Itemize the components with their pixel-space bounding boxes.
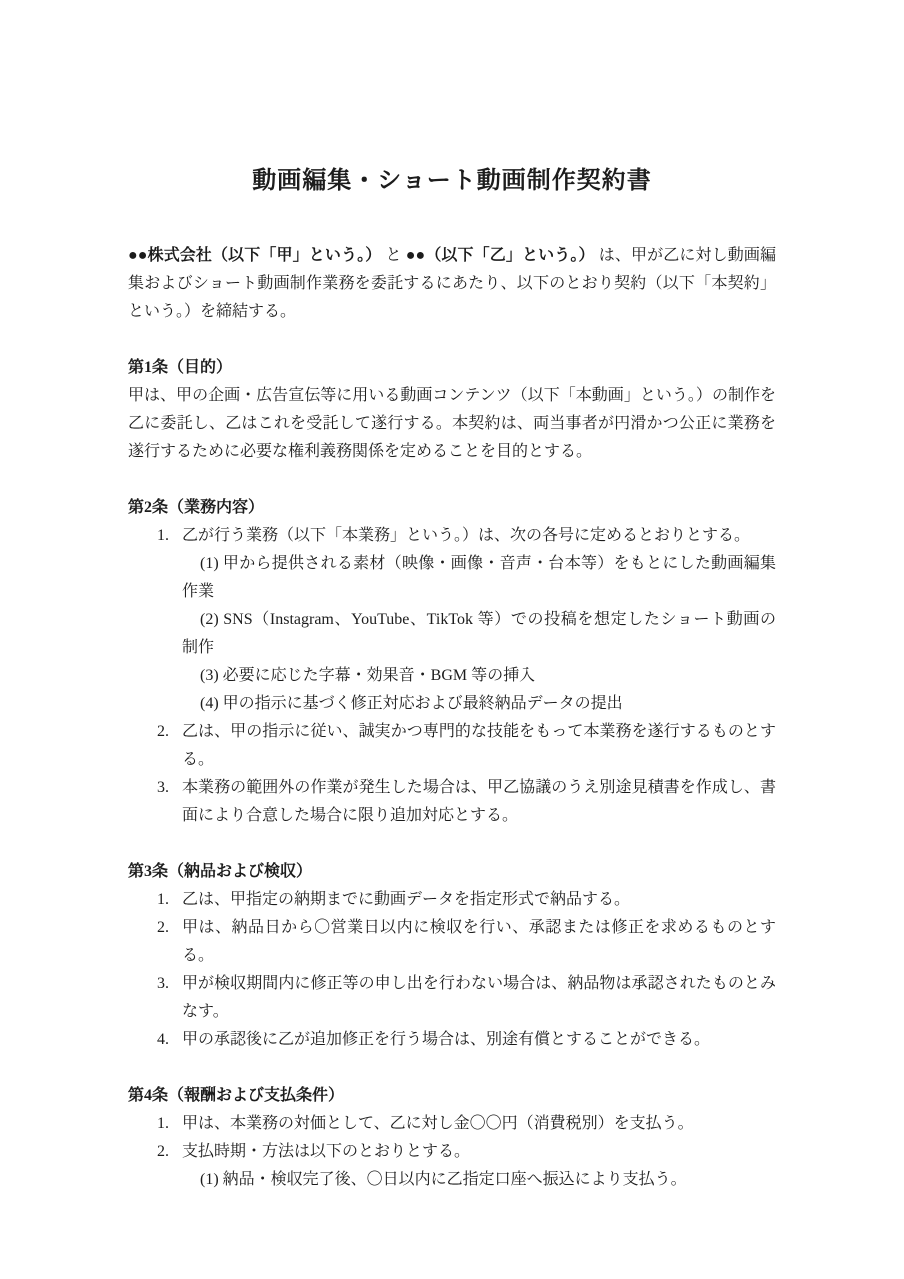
sub-list-item: (2) SNS（Instagram、YouTube、TikTok 等）での投稿を… xyxy=(128,606,776,662)
article-2-scope-of-work: 第2条（業務内容） 1. 乙が行う業務（以下「本業務」という。）は、次の各号に定… xyxy=(128,494,776,830)
list-item-text: 乙が行う業務（以下「本業務」という。）は、次の各号に定めるとおりとする。 xyxy=(182,527,750,544)
document-title: 動画編集・ショート動画制作契約書 xyxy=(128,166,776,196)
list-item-text: 甲は、本業務の対価として、乙に対し金〇〇円（消費税別）を支払う。 xyxy=(182,1115,694,1132)
intro-connector: と xyxy=(381,247,405,264)
list-item: 2. 甲は、納品日から〇営業日以内に検収を行い、承認または修正を求めるものとする… xyxy=(128,914,776,970)
list-item-text: 支払時期・方法は以下のとおりとする。 xyxy=(182,1143,470,1160)
intro-paragraph: ●●株式会社（以下「甲」という。） と ●●（以下「乙」という。） は、甲が乙に… xyxy=(128,242,776,326)
article-1-purpose: 第1条（目的） 甲は、甲の企画・広告宣伝等に用いる動画コンテンツ（以下「本動画」… xyxy=(128,354,776,466)
list-item: 4. 甲の承認後に乙が追加修正を行う場合は、別途有償とすることができる。 xyxy=(128,1026,776,1054)
sub-list-item: (1) 納品・検収完了後、〇日以内に乙指定口座へ振込により支払う。 xyxy=(128,1166,776,1194)
contract-document-page: 動画編集・ショート動画制作契約書 ●●株式会社（以下「甲」という。） と ●●（… xyxy=(0,0,904,1279)
sub-list-item: (1) 甲から提供される素材（映像・画像・音声・台本等）をもとにした動画編集作業 xyxy=(128,550,776,606)
list-item-text: 甲が検収期間内に修正等の申し出を行わない場合は、納品物は承認されたものとみなす。 xyxy=(182,975,776,1020)
party-a-name: ●●株式会社（以下「甲」という。） xyxy=(128,247,381,264)
item-number: 1. xyxy=(157,886,169,914)
party-b-name: ●●（以下「乙」という。） xyxy=(406,247,595,264)
list-item-text: 乙は、甲指定の納期までに動画データを指定形式で納品する。 xyxy=(182,891,630,908)
list-item: 1. 乙は、甲指定の納期までに動画データを指定形式で納品する。 xyxy=(128,886,776,914)
article-1-body: 甲は、甲の企画・広告宣伝等に用いる動画コンテンツ（以下「本動画」という。）の制作… xyxy=(128,382,776,466)
item-number: 3. xyxy=(157,970,169,998)
list-item-text: 乙は、甲の指示に従い、誠実かつ専門的な技能をもって本業務を遂行するものとする。 xyxy=(182,723,776,768)
sub-list-item: (4) 甲の指示に基づく修正対応および最終納品データの提出 xyxy=(128,690,776,718)
article-3-heading: 第3条（納品および検収） xyxy=(128,858,776,886)
item-number: 1. xyxy=(157,1110,169,1138)
list-item: 3. 甲が検収期間内に修正等の申し出を行わない場合は、納品物は承認されたものとみ… xyxy=(128,970,776,1026)
list-item-text: 本業務の範囲外の作業が発生した場合は、甲乙協議のうえ別途見積書を作成し、書面によ… xyxy=(182,779,776,824)
article-2-heading: 第2条（業務内容） xyxy=(128,494,776,522)
article-4-heading: 第4条（報酬および支払条件） xyxy=(128,1082,776,1110)
list-item: 1. 甲は、本業務の対価として、乙に対し金〇〇円（消費税別）を支払う。 xyxy=(128,1110,776,1138)
list-item: 2. 支払時期・方法は以下のとおりとする。 xyxy=(128,1138,776,1166)
item-number: 2. xyxy=(157,914,169,942)
list-item: 3. 本業務の範囲外の作業が発生した場合は、甲乙協議のうえ別途見積書を作成し、書… xyxy=(128,774,776,830)
list-item-text: 甲は、納品日から〇営業日以内に検収を行い、承認または修正を求めるものとする。 xyxy=(182,919,776,964)
item-number: 2. xyxy=(157,718,169,746)
item-number: 2. xyxy=(157,1138,169,1166)
item-number: 1. xyxy=(157,522,169,550)
list-item: 1. 乙が行う業務（以下「本業務」という。）は、次の各号に定めるとおりとする。 xyxy=(128,522,776,550)
list-item: 2. 乙は、甲の指示に従い、誠実かつ専門的な技能をもって本業務を遂行するものとす… xyxy=(128,718,776,774)
item-number: 3. xyxy=(157,774,169,802)
item-number: 4. xyxy=(157,1026,169,1054)
list-item-text: 甲の承認後に乙が追加修正を行う場合は、別途有償とすることができる。 xyxy=(182,1031,710,1048)
article-1-heading: 第1条（目的） xyxy=(128,354,776,382)
article-4-payment-terms: 第4条（報酬および支払条件） 1. 甲は、本業務の対価として、乙に対し金〇〇円（… xyxy=(128,1082,776,1194)
sub-list-item: (3) 必要に応じた字幕・効果音・BGM 等の挿入 xyxy=(128,662,776,690)
article-3-delivery-inspection: 第3条（納品および検収） 1. 乙は、甲指定の納期までに動画データを指定形式で納… xyxy=(128,858,776,1054)
